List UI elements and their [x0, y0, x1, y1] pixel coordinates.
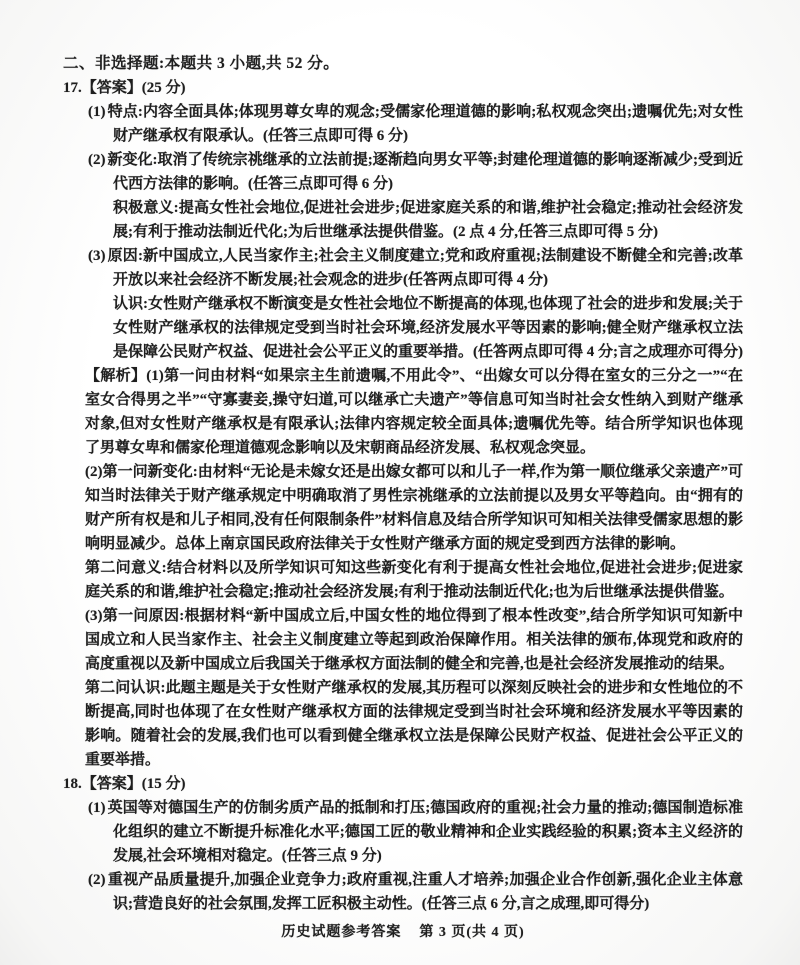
question-17-number: 17.: [63, 80, 82, 96]
q17-analysis-paragraph-1: 【解析】(1)第一问由材料“如果宗主生前遗嘱,不用此令”、“出嫁女可以分得在室女…: [63, 364, 743, 460]
q17-answer-tag-3: (3): [88, 248, 108, 264]
q17-answer-text-3-understanding: 认识:女性财产继承权不断演变是女性社会地位不断提高的体现,也体现了社会的进步和发…: [113, 296, 743, 360]
q17-analysis-paragraph-3: 第二问意义:结合材料以及所学知识可知这些新变化有利于提高女性社会地位,促进社会进…: [63, 556, 743, 604]
section-heading: 二、非选择题:本题共 3 小题,共 52 分。: [63, 52, 743, 76]
q17-analysis-paragraph-2: (2)第一问新变化:由材料“无论是未嫁女还是出嫁女都可以和儿子一样,作为第一顺位…: [63, 460, 743, 556]
q18-answer-text-2: 重视产品质量提升,加强企业竞争力;政府重视,注重人才培养;加强企业合作创新,强化…: [108, 872, 744, 912]
q17-answer-text-3: 原因:新中国成立,人民当家作主;社会主义制度建立;党和政府重视;法制建设不断健全…: [108, 248, 744, 288]
q18-answer-text-1: 英国等对德国生产的仿制劣质产品的抵制和打压;德国政府的重视;社会力量的推动;德国…: [108, 800, 744, 864]
question-17-answer-label: 【答案】: [82, 80, 142, 96]
scanned-answer-page: 二、非选择题:本题共 3 小题,共 52 分。 17.【答案】(25 分) (1…: [0, 0, 800, 965]
q17-answer-text-1: 特点:内容全面具体;体现男尊女卑的观念;受儒家伦理道德的影响;私权观念突出;遗嘱…: [108, 104, 744, 144]
q17-answer-text-2: 新变化:取消了传统宗祧继承的立法前提;逐渐趋向男女平等;封建伦理道德的影响逐渐减…: [108, 152, 744, 192]
question-18-number: 18.: [63, 776, 82, 792]
q17-analysis-paragraph-5: 第二问认识:此题主题是关于女性财产继承权的发展,其历程可以深刻反映社会的进步和女…: [63, 676, 743, 772]
q17-answer-item-3-understanding: 认识:女性财产继承权不断演变是女性社会地位不断提高的体现,也体现了社会的进步和发…: [63, 292, 743, 364]
q17-analysis-paragraph-4: (3)第一问原因:根据材料“新中国成立后,中国女性的地位得到了根本性改变”,结合…: [63, 604, 743, 676]
q17-answer-item-2: (2)新变化:取消了传统宗祧继承的立法前提;逐渐趋向男女平等;封建伦理道德的影响…: [63, 148, 743, 196]
question-18-header: 18.【答案】(15 分): [63, 772, 743, 796]
question-18-points: (15 分): [142, 776, 186, 792]
q18-answer-item-2: (2)重视产品质量提升,加强企业竞争力;政府重视,注重人才培养;加强企业合作创新…: [63, 868, 743, 916]
q17-answer-item-1: (1)特点:内容全面具体;体现男尊女卑的观念;受儒家伦理道德的影响;私权观念突出…: [63, 100, 743, 148]
q17-answer-tag-1: (1): [88, 104, 108, 120]
question-17-points: (25 分): [142, 80, 186, 96]
q18-answer-item-1: (1)英国等对德国生产的仿制劣质产品的抵制和打压;德国政府的重视;社会力量的推动…: [63, 796, 743, 868]
q17-answer-tag-2: (2): [88, 152, 108, 168]
question-17-header: 17.【答案】(25 分): [63, 76, 743, 100]
q17-answer-item-3: (3)原因:新中国成立,人民当家作主;社会主义制度建立;党和政府重视;法制建设不…: [63, 244, 743, 292]
q17-answer-item-2-meaning: 积极意义:提高女性社会地位,促进社会进步;促进家庭关系的和谐,维护社会稳定;推动…: [63, 196, 743, 244]
page-footer: 历史试题参考答案第 3 页(共 4 页): [63, 921, 743, 945]
question-18-answer-label: 【答案】: [82, 776, 142, 792]
footer-page-indicator: 第 3 页(共 4 页): [419, 925, 524, 940]
footer-document-title: 历史试题参考答案: [281, 925, 401, 940]
q17-answer-text-2-meaning: 积极意义:提高女性社会地位,促进社会进步;促进家庭关系的和谐,维护社会稳定;推动…: [113, 200, 743, 240]
q18-answer-tag-1: (1): [88, 800, 108, 816]
q18-answer-tag-2: (2): [88, 872, 108, 888]
